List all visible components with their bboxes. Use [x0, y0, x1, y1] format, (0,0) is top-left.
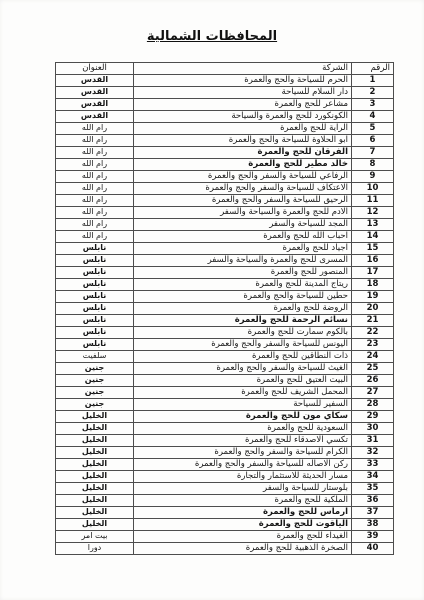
companies-table-container: الرقم الشركة العنوان 1الحرم للسياحة والح… — [55, 62, 393, 555]
cell-location: جنين — [56, 375, 134, 387]
cell-company: المجد للسياحة والسفر — [134, 219, 352, 231]
cell-company: نسائم الرحمة للحج والعمرة — [134, 315, 352, 327]
cell-number: 15 — [352, 243, 394, 255]
cell-location: نابلس — [56, 315, 134, 327]
cell-number: 34 — [352, 471, 394, 483]
cell-location: رام الله — [56, 171, 134, 183]
cell-location: رام الله — [56, 195, 134, 207]
table-row: 3مشاعر للحج والعمرةالقدس — [56, 99, 394, 111]
table-row: 12الادم للحج والعمرة والسياحة والسفررام … — [56, 207, 394, 219]
cell-number: 21 — [352, 315, 394, 327]
cell-location: نابلس — [56, 303, 134, 315]
cell-number: 30 — [352, 423, 394, 435]
cell-location: جنين — [56, 387, 134, 399]
cell-location: رام الله — [56, 123, 134, 135]
table-row: 18ريتاج المدينة للحج والعمرةنابلس — [56, 279, 394, 291]
table-row: 6ابو الحلاوة للسياحة والحج والعمرةرام ال… — [56, 135, 394, 147]
cell-location: القدس — [56, 87, 134, 99]
cell-number: 5 — [352, 123, 394, 135]
table-row: 16المسرى للحج والعمرة والسياحة والسفرناب… — [56, 255, 394, 267]
cell-location: سلفيت — [56, 351, 134, 363]
cell-location: نابلس — [56, 279, 134, 291]
cell-number: 35 — [352, 483, 394, 495]
cell-location: جنين — [56, 363, 134, 375]
cell-company: المنصور للحج والعمرة — [134, 267, 352, 279]
cell-company: خالد مطير للحج والعمرة — [134, 159, 352, 171]
cell-location: القدس — [56, 111, 134, 123]
cell-location: رام الله — [56, 147, 134, 159]
table-row: 33ركن الاصاله للسياحة والسفر والحج والعم… — [56, 459, 394, 471]
cell-number: 20 — [352, 303, 394, 315]
cell-company: بلوستار للسياحة والسفر — [134, 483, 352, 495]
header-location: العنوان — [56, 63, 134, 75]
cell-number: 22 — [352, 327, 394, 339]
cell-company: الكونكورد للحج والعمرة والسياحة — [134, 111, 352, 123]
cell-company: الادم للحج والعمرة والسياحة والسفر — [134, 207, 352, 219]
table-row: 26البيت العتيق للحج والعمرةجنين — [56, 375, 394, 387]
cell-number: 17 — [352, 267, 394, 279]
cell-number: 29 — [352, 411, 394, 423]
cell-location: نابلس — [56, 339, 134, 351]
cell-number: 39 — [352, 531, 394, 543]
table-row: 21نسائم الرحمة للحج والعمرةنابلس — [56, 315, 394, 327]
cell-company: اليونس للسياحة والسفر والحج والعمرة — [134, 339, 352, 351]
table-row: 25الغيث للسياحة والسفر والحج والعمرةجنين — [56, 363, 394, 375]
table-body: 1الحرم للسياحة والحج والعمرةالقدس2دار ال… — [56, 75, 394, 555]
cell-location: رام الله — [56, 207, 134, 219]
cell-location: نابلس — [56, 291, 134, 303]
cell-number: 12 — [352, 207, 394, 219]
cell-location: جنين — [56, 399, 134, 411]
table-row: 32الكرام للسياحة والسفر والحج والعمرةالخ… — [56, 447, 394, 459]
table-row: 38الياقوت للحج والعمرةالخليل — [56, 519, 394, 531]
cell-location: الخليل — [56, 447, 134, 459]
cell-number: 13 — [352, 219, 394, 231]
cell-company: الفرقان للحج والعمرة — [134, 147, 352, 159]
cell-location: رام الله — [56, 231, 134, 243]
table-row: 31تكسي الاصدقاء للحج والعمرةالخليل — [56, 435, 394, 447]
cell-number: 40 — [352, 543, 394, 555]
cell-number: 36 — [352, 495, 394, 507]
cell-company: تكسي الاصدقاء للحج والعمرة — [134, 435, 352, 447]
table-row: 13المجد للسياحة والسفررام الله — [56, 219, 394, 231]
table-row: 1الحرم للسياحة والحج والعمرةالقدس — [56, 75, 394, 87]
cell-location: الخليل — [56, 435, 134, 447]
table-row: 28السفير للسياحةجنين — [56, 399, 394, 411]
cell-company: بالكوم سمارت للحج والعمرة — [134, 327, 352, 339]
table-row: 30السعودية للحج والعمرةالخليل — [56, 423, 394, 435]
page-title: المحافظات الشمالية — [0, 29, 424, 44]
cell-company: حطين للسياحة والحج والعمرة — [134, 291, 352, 303]
cell-number: 32 — [352, 447, 394, 459]
cell-company: الغيداء للحج والعمرة — [134, 531, 352, 543]
cell-company: البيت العتيق للحج والعمرة — [134, 375, 352, 387]
cell-location: الخليل — [56, 519, 134, 531]
table-row: 23اليونس للسياحة والسفر والحج والعمرةناب… — [56, 339, 394, 351]
table-row: 11الرحيق للسياحة والسفر والحج والعمرةرام… — [56, 195, 394, 207]
cell-company: السعودية للحج والعمرة — [134, 423, 352, 435]
cell-company: دار السلام للسياحة — [134, 87, 352, 99]
cell-number: 4 — [352, 111, 394, 123]
cell-location: الخليل — [56, 507, 134, 519]
cell-company: الملكية للحج والعمرة — [134, 495, 352, 507]
cell-number: 14 — [352, 231, 394, 243]
cell-number: 6 — [352, 135, 394, 147]
document-page: المحافظات الشمالية الرقم الشركة العنوان … — [0, 0, 424, 600]
cell-number: 28 — [352, 399, 394, 411]
cell-location: الخليل — [56, 459, 134, 471]
cell-number: 27 — [352, 387, 394, 399]
cell-location: الخليل — [56, 471, 134, 483]
table-row: 5الراية للحج والعمرةرام الله — [56, 123, 394, 135]
cell-number: 31 — [352, 435, 394, 447]
cell-company: الرحيق للسياحة والسفر والحج والعمرة — [134, 195, 352, 207]
cell-company: ارماس للحج والعمرة — [134, 507, 352, 519]
cell-location: رام الله — [56, 135, 134, 147]
table-row: 24ذات النطاقين للحج والعمرةسلفيت — [56, 351, 394, 363]
cell-company: المسرى للحج والعمرة والسياحة والسفر — [134, 255, 352, 267]
cell-company: مسار الحديثة للاستثمار والتجارة — [134, 471, 352, 483]
cell-location: الخليل — [56, 423, 134, 435]
cell-location: نابلس — [56, 327, 134, 339]
table-row: 19حطين للسياحة والحج والعمرةنابلس — [56, 291, 394, 303]
table-row: 10الاعتكاف للسياحة والسفر والحج والعمرةر… — [56, 183, 394, 195]
table-row: 40الصخرة الذهبية للحج والعمرةدورا — [56, 543, 394, 555]
cell-company: مشاعر للحج والعمرة — [134, 99, 352, 111]
cell-location: رام الله — [56, 183, 134, 195]
cell-number: 23 — [352, 339, 394, 351]
table-row: 2دار السلام للسياحةالقدس — [56, 87, 394, 99]
table-row: 27المحمل الشريف للحج والعمرةجنين — [56, 387, 394, 399]
cell-location: بيت امر — [56, 531, 134, 543]
cell-company: الياقوت للحج والعمرة — [134, 519, 352, 531]
cell-location: الخليل — [56, 411, 134, 423]
header-number: الرقم — [352, 63, 394, 75]
cell-company: سكاي مون للحج والعمرة — [134, 411, 352, 423]
cell-company: الكرام للسياحة والسفر والحج والعمرة — [134, 447, 352, 459]
cell-number: 19 — [352, 291, 394, 303]
table-row: 4الكونكورد للحج والعمرة والسياحةالقدس — [56, 111, 394, 123]
cell-number: 7 — [352, 147, 394, 159]
table-header-row: الرقم الشركة العنوان — [56, 63, 394, 75]
table-row: 8خالد مطير للحج والعمرةرام الله — [56, 159, 394, 171]
cell-company: المحمل الشريف للحج والعمرة — [134, 387, 352, 399]
table-row: 22بالكوم سمارت للحج والعمرةنابلس — [56, 327, 394, 339]
table-row: 34مسار الحديثة للاستثمار والتجارةالخليل — [56, 471, 394, 483]
table-row: 20الروضة للحج والعمرةنابلس — [56, 303, 394, 315]
cell-number: 38 — [352, 519, 394, 531]
cell-number: 11 — [352, 195, 394, 207]
cell-company: الراية للحج والعمرة — [134, 123, 352, 135]
cell-number: 25 — [352, 363, 394, 375]
cell-company: الغيث للسياحة والسفر والحج والعمرة — [134, 363, 352, 375]
cell-company: ركن الاصاله للسياحة والسفر والحج والعمرة — [134, 459, 352, 471]
cell-number: 10 — [352, 183, 394, 195]
table-row: 29سكاي مون للحج والعمرةالخليل — [56, 411, 394, 423]
cell-company: الاعتكاف للسياحة والسفر والحج والعمرة — [134, 183, 352, 195]
table-row: 7الفرقان للحج والعمرةرام الله — [56, 147, 394, 159]
header-company: الشركة — [134, 63, 352, 75]
cell-company: ذات النطاقين للحج والعمرة — [134, 351, 352, 363]
cell-company: اجياد للحج والعمرة — [134, 243, 352, 255]
table-row: 35بلوستار للسياحة والسفرالخليل — [56, 483, 394, 495]
cell-number: 37 — [352, 507, 394, 519]
table-row: 17المنصور للحج والعمرةنابلس — [56, 267, 394, 279]
cell-number: 26 — [352, 375, 394, 387]
table-row: 15اجياد للحج والعمرةنابلس — [56, 243, 394, 255]
cell-number: 3 — [352, 99, 394, 111]
table-row: 14احباب الله للحج والعمرةرام الله — [56, 231, 394, 243]
table-row: 36الملكية للحج والعمرةالخليل — [56, 495, 394, 507]
companies-table: الرقم الشركة العنوان 1الحرم للسياحة والح… — [55, 62, 394, 555]
cell-company: ريتاج المدينة للحج والعمرة — [134, 279, 352, 291]
cell-company: الرفاعي للسياحة والسفر والحج والعمرة — [134, 171, 352, 183]
table-row: 37ارماس للحج والعمرةالخليل — [56, 507, 394, 519]
cell-company: ابو الحلاوة للسياحة والحج والعمرة — [134, 135, 352, 147]
cell-location: الخليل — [56, 495, 134, 507]
table-row: 9الرفاعي للسياحة والسفر والحج والعمرةرام… — [56, 171, 394, 183]
table-row: 39الغيداء للحج والعمرةبيت امر — [56, 531, 394, 543]
cell-number: 33 — [352, 459, 394, 471]
cell-location: القدس — [56, 75, 134, 87]
cell-number: 9 — [352, 171, 394, 183]
cell-number: 8 — [352, 159, 394, 171]
cell-location: نابلس — [56, 255, 134, 267]
cell-location: نابلس — [56, 267, 134, 279]
cell-company: السفير للسياحة — [134, 399, 352, 411]
cell-company: احباب الله للحج والعمرة — [134, 231, 352, 243]
cell-location: رام الله — [56, 159, 134, 171]
cell-company: الروضة للحج والعمرة — [134, 303, 352, 315]
cell-location: دورا — [56, 543, 134, 555]
cell-location: القدس — [56, 99, 134, 111]
cell-company: الحرم للسياحة والحج والعمرة — [134, 75, 352, 87]
cell-number: 24 — [352, 351, 394, 363]
cell-company: الصخرة الذهبية للحج والعمرة — [134, 543, 352, 555]
cell-location: رام الله — [56, 219, 134, 231]
cell-location: الخليل — [56, 483, 134, 495]
cell-number: 1 — [352, 75, 394, 87]
cell-number: 18 — [352, 279, 394, 291]
cell-number: 16 — [352, 255, 394, 267]
cell-location: نابلس — [56, 243, 134, 255]
cell-number: 2 — [352, 87, 394, 99]
